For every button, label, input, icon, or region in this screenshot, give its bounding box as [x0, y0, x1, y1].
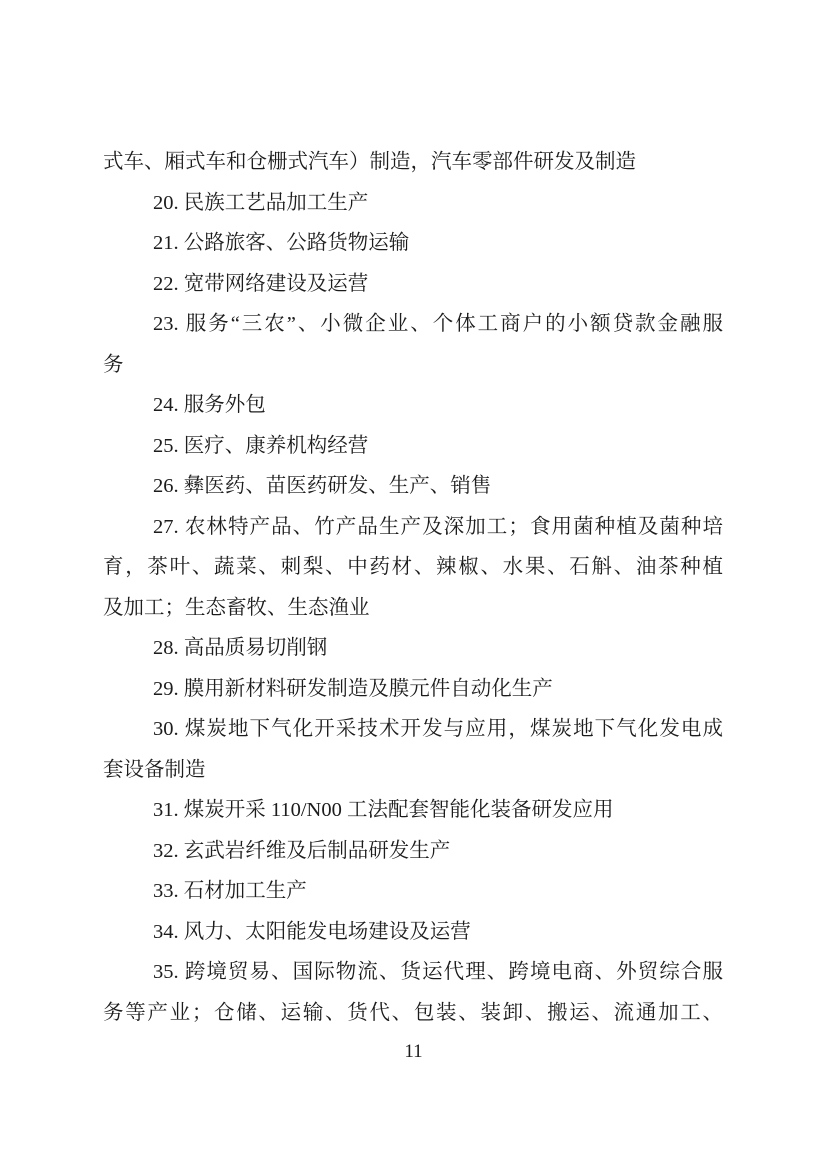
document-page: 式车、厢式车和仓栅式汽车）制造，汽车零部件研发及制造 20. 民族工艺品加工生产…	[0, 0, 827, 1169]
document-line: 27. 农林特产品、竹产品生产及深加工；食用菌种植及菌种培	[103, 507, 723, 548]
document-line: 28. 高品质易切削钢	[103, 628, 723, 669]
document-line: 22. 宽带网络建设及运营	[103, 264, 723, 305]
document-line: 21. 公路旅客、公路货物运输	[103, 223, 723, 264]
document-line: 及加工；生态畜牧、生态渔业	[103, 588, 723, 629]
document-line: 务等产业；仓储、运输、货代、包装、装卸、搬运、流通加工、	[103, 993, 723, 1034]
document-line: 25. 医疗、康养机构经营	[103, 426, 723, 467]
document-body: 式车、厢式车和仓栅式汽车）制造，汽车零部件研发及制造 20. 民族工艺品加工生产…	[103, 142, 723, 1033]
document-line: 式车、厢式车和仓栅式汽车）制造，汽车零部件研发及制造	[103, 142, 723, 183]
document-line: 20. 民族工艺品加工生产	[103, 183, 723, 224]
document-line: 26. 彝医药、苗医药研发、生产、销售	[103, 466, 723, 507]
document-line: 32. 玄武岩纤维及后制品研发生产	[103, 831, 723, 872]
document-line: 23. 服务“三农”、小微企业、个体工商户的小额贷款金融服	[103, 304, 723, 345]
document-line: 24. 服务外包	[103, 385, 723, 426]
page-number: 11	[0, 1041, 827, 1063]
document-line: 套设备制造	[103, 750, 723, 791]
document-line: 31. 煤炭开采 110/N00 工法配套智能化装备研发应用	[103, 790, 723, 831]
document-line: 30. 煤炭地下气化开采技术开发与应用，煤炭地下气化发电成	[103, 709, 723, 750]
document-line: 育，茶叶、蔬菜、刺梨、中药材、辣椒、水果、石斛、油茶种植	[103, 547, 723, 588]
document-line: 29. 膜用新材料研发制造及膜元件自动化生产	[103, 669, 723, 710]
document-line: 35. 跨境贸易、国际物流、货运代理、跨境电商、外贸综合服	[103, 952, 723, 993]
document-line: 务	[103, 345, 723, 386]
document-line: 34. 风力、太阳能发电场建设及运营	[103, 912, 723, 953]
document-line: 33. 石材加工生产	[103, 871, 723, 912]
